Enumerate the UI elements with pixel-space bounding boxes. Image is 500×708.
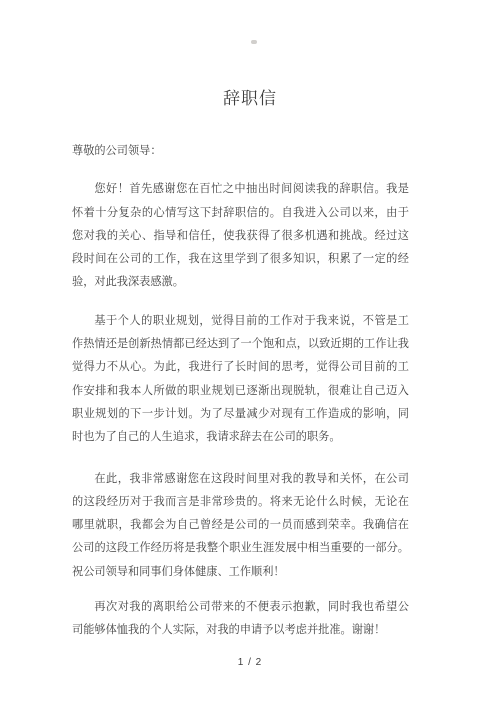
text-line: 在此，我非常感谢您在这段时间里对我的教导和关怀，在公司 bbox=[72, 468, 409, 491]
paragraph: 您好！首先感谢您在百忙之中抽出时间阅读我的辞职信。我是怀着十分复杂的心情写这下封… bbox=[72, 178, 409, 294]
document-body: 您好！首先感谢您在百忙之中抽出时间阅读我的辞职信。我是怀着十分复杂的心情写这下封… bbox=[72, 178, 409, 642]
salutation: 尊敬的公司领导： bbox=[72, 140, 409, 163]
text-line: 作安排和我本人所做的职业规划已逐渐出现脱轨，很难让自己迈入 bbox=[72, 380, 409, 403]
text-line: 段时间在公司的工作，我在这里学到了很多知识，积累了一定的经 bbox=[72, 248, 409, 271]
paragraph: 基于个人的职业规划，觉得目前的工作对于我来说，不管是工作热情还是创新热情都已经达… bbox=[72, 310, 409, 450]
text-line: 基于个人的职业规划，觉得目前的工作对于我来说，不管是工 bbox=[72, 310, 409, 333]
document-content: 尊敬的公司领导： 您好！首先感谢您在百忙之中抽出时间阅读我的辞职信。我是怀着十分… bbox=[72, 140, 409, 643]
text-line: 怀着十分复杂的心情写这下封辞职信的。自我进入公司以来，由于 bbox=[72, 202, 409, 225]
page-number: 1 / 2 bbox=[0, 657, 500, 669]
paragraph: 在此，我非常感谢您在这段时间里对我的教导和关怀，在公司的这段经历对于我而言是非常… bbox=[72, 468, 409, 584]
text-line: 再次对我的离职给公司带来的不便表示抱歉，同时我也希望公 bbox=[72, 596, 409, 619]
text-line: 司能够体恤我的个人实际，对我的申请予以考虑并批准。谢谢！ bbox=[72, 619, 409, 642]
text-line: 验，对此我深表感激。 bbox=[72, 271, 409, 294]
text-line: 祝公司领导和同事们身体健康、工作顺利！ bbox=[72, 561, 409, 584]
text-line: 作热情还是创新热情都已经达到了一个饱和点，以致近期的工作让我 bbox=[72, 333, 409, 356]
text-line: 您对我的关心、指导和信任，使我获得了很多机遇和挑战。经过这 bbox=[72, 225, 409, 248]
text-line: 觉得力不从心。为此，我进行了长时间的思考，觉得公司目前的工 bbox=[72, 356, 409, 379]
document-page: 辞职信 尊敬的公司领导： 您好！首先感谢您在百忙之中抽出时间阅读我的辞职信。我是… bbox=[0, 0, 500, 708]
text-line: 职业规划的下一步计划。为了尽量减少对现有工作造成的影响，同 bbox=[72, 403, 409, 426]
text-line: 哪里就职，我都会为自己曾经是公司的一员而感到荣幸。我确信在 bbox=[72, 514, 409, 537]
text-line: 公司的这段工作经历将是我整个职业生涯发展中相当重要的一部分。 bbox=[72, 537, 409, 560]
document-title: 辞职信 bbox=[0, 90, 500, 108]
text-line: 您好！首先感谢您在百忙之中抽出时间阅读我的辞职信。我是 bbox=[72, 178, 409, 201]
text-line: 时也为了自己的人生追求，我请求辞去在公司的职务。 bbox=[72, 426, 409, 449]
scan-artifact-dot bbox=[251, 40, 257, 44]
paragraph: 再次对我的离职给公司带来的不便表示抱歉，同时我也希望公司能够体恤我的个人实际，对… bbox=[72, 596, 409, 643]
text-line: 的这段经历对于我而言是非常珍贵的。将来无论什么时候，无论在 bbox=[72, 491, 409, 514]
